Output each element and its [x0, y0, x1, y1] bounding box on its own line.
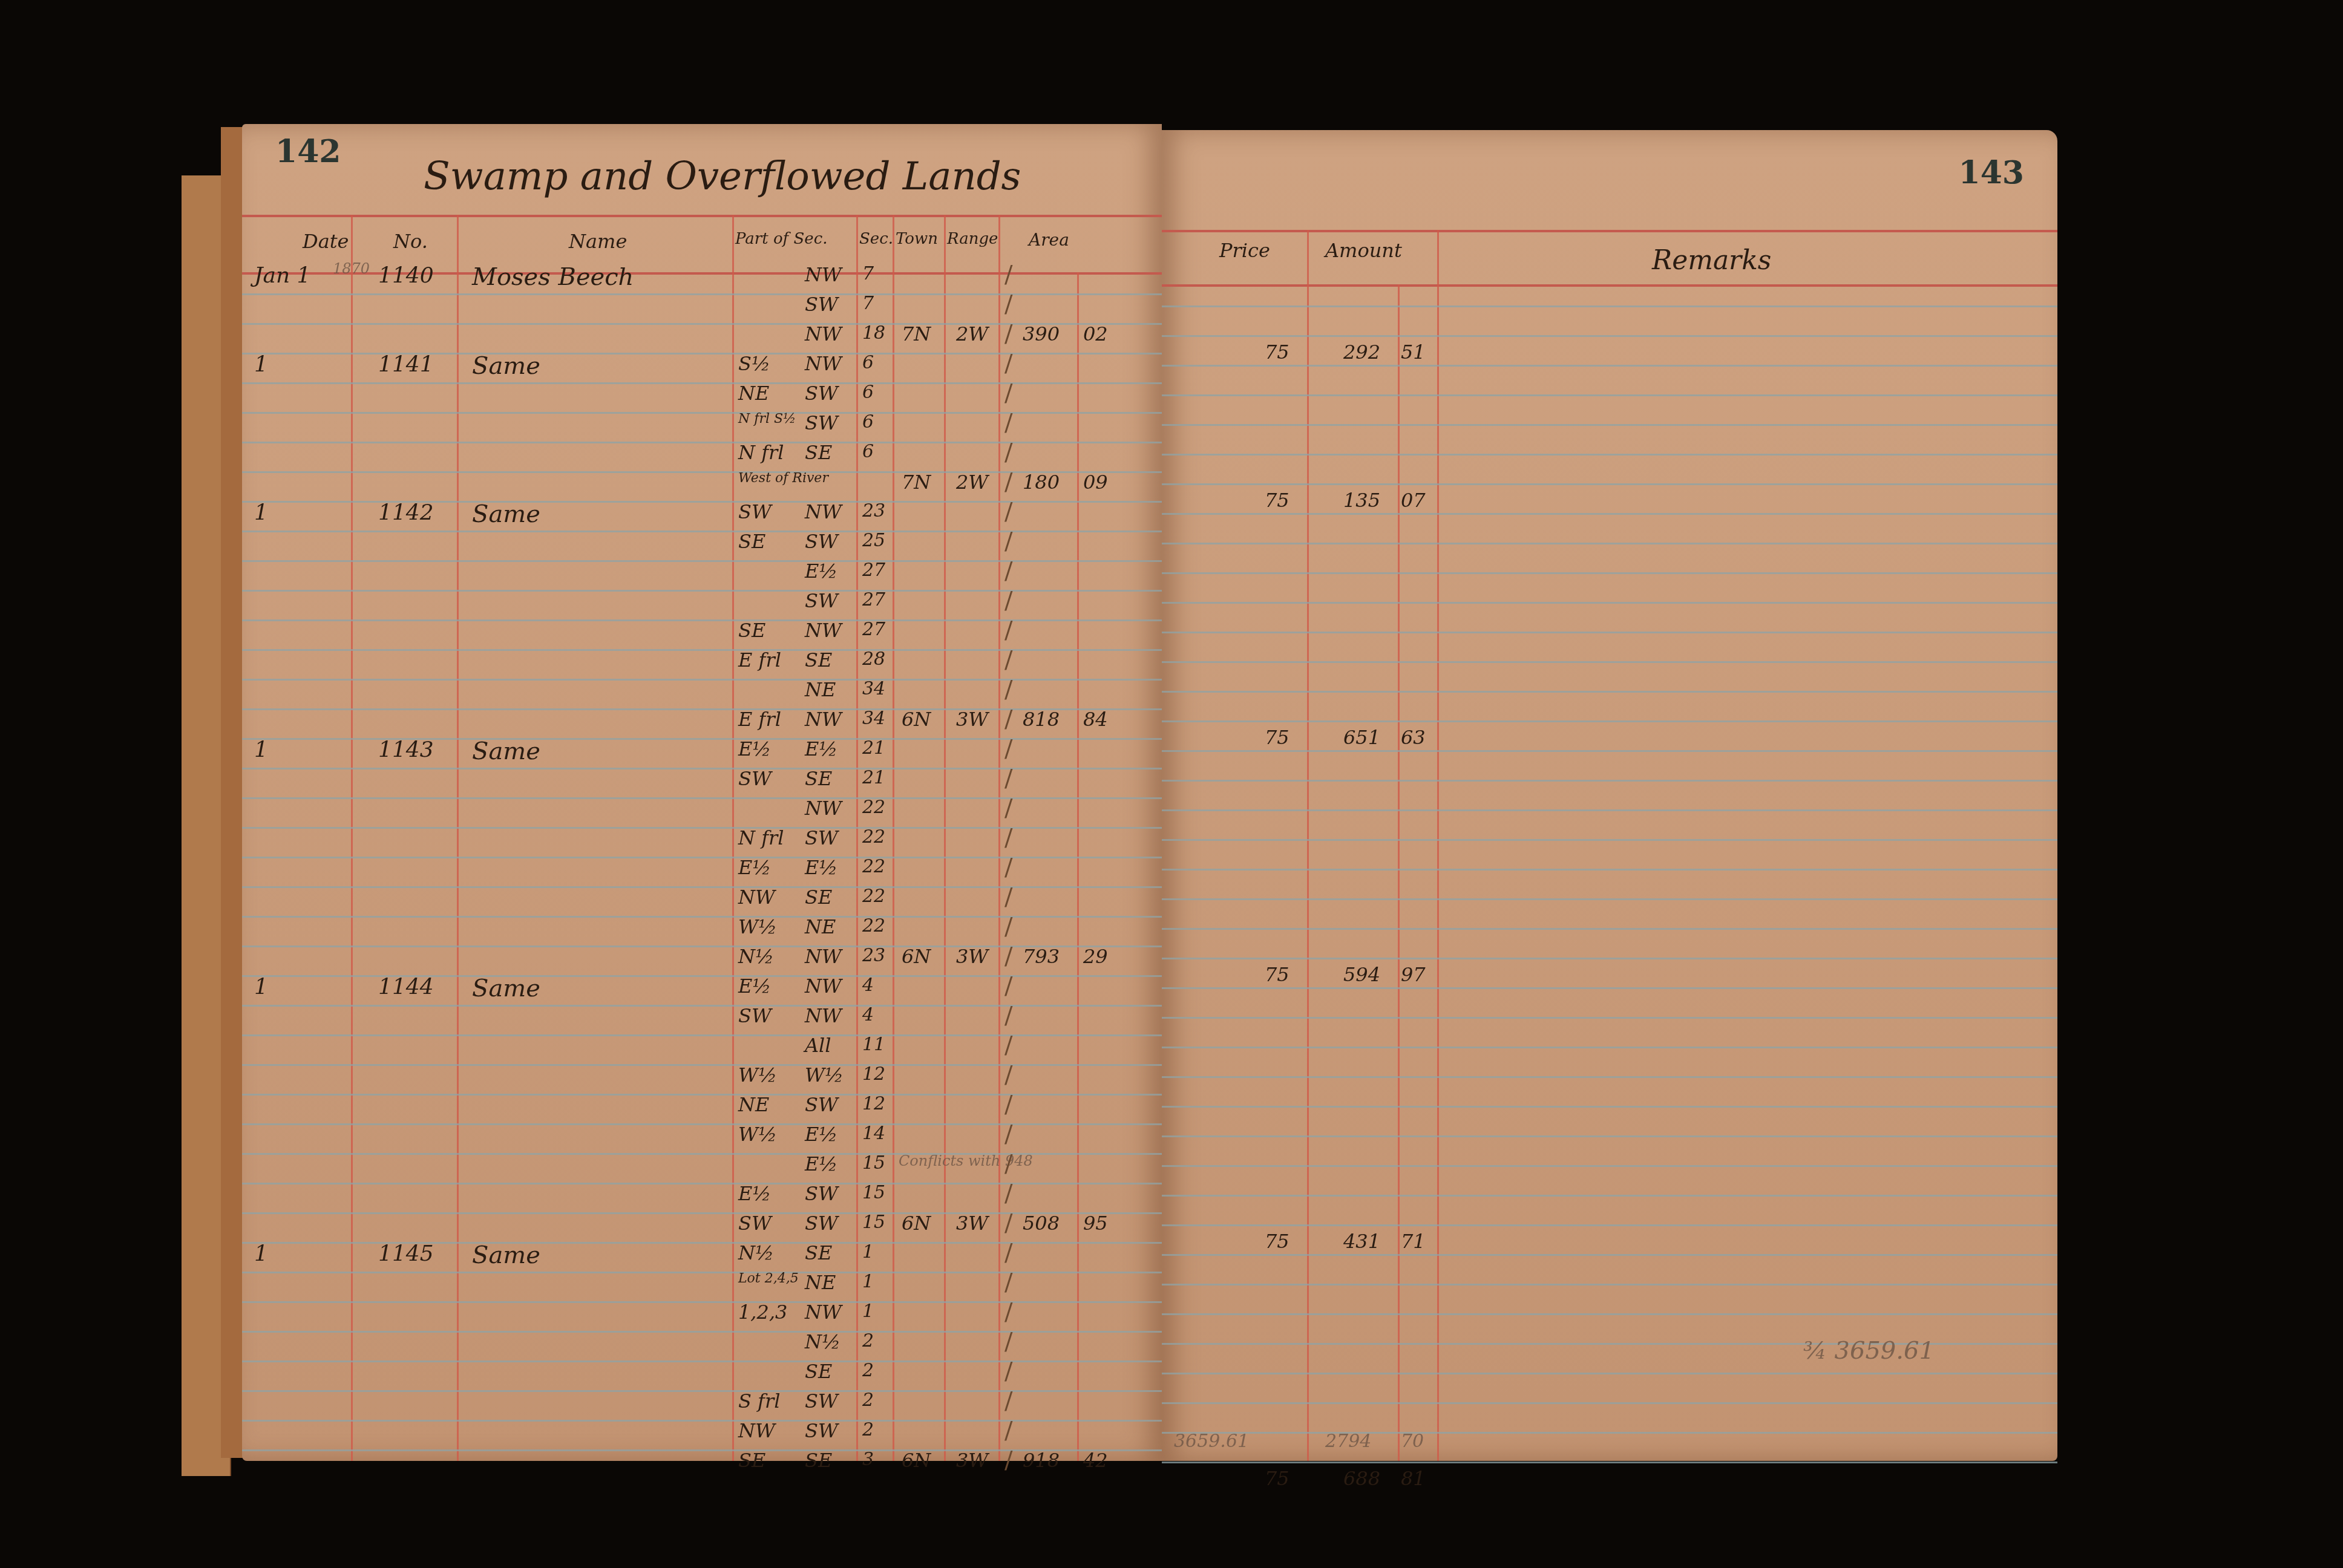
- entry-date: 1: [254, 1241, 268, 1266]
- section-number: 15: [862, 1182, 885, 1203]
- part-of-section: N frl: [738, 441, 784, 464]
- amount-cents: 71: [1401, 1230, 1426, 1253]
- price: 75: [1265, 1467, 1289, 1490]
- section-number: 6: [862, 352, 874, 373]
- check-mark: /: [1004, 409, 1012, 437]
- subdivision: SW: [805, 1212, 838, 1235]
- part-of-section: N½: [738, 945, 774, 968]
- ruled-line: [1162, 1402, 2057, 1404]
- part-of-section: SE: [738, 619, 765, 642]
- price: 75: [1265, 341, 1289, 364]
- ruled-line: [242, 382, 1162, 384]
- ruled-line: [242, 1123, 1162, 1125]
- ruled-line: [1162, 1224, 2057, 1226]
- section-number: 23: [862, 500, 885, 521]
- check-mark: /: [1004, 498, 1012, 526]
- section-number: 25: [862, 530, 885, 551]
- subdivision: SW: [805, 1419, 838, 1442]
- section-number: 6: [862, 441, 874, 462]
- township: 6N: [902, 708, 931, 731]
- area-acres: 390: [1023, 322, 1060, 345]
- subdivision: NW: [805, 1301, 842, 1324]
- section-number: 2: [862, 1360, 874, 1381]
- col-rule: [1437, 230, 1439, 1461]
- part-of-section: NW: [738, 1419, 775, 1442]
- entry-date: 1: [254, 737, 268, 762]
- subdivision: NW: [805, 1004, 842, 1027]
- section-number: 22: [862, 826, 885, 848]
- subdivision: SW: [805, 382, 838, 405]
- subdivision: All: [805, 1034, 831, 1057]
- area-acres: 508: [1023, 1212, 1060, 1235]
- subdivision: NW: [805, 708, 842, 731]
- ruled-line: [242, 1272, 1162, 1273]
- ruled-line: [1162, 720, 2057, 722]
- section-number: 27: [862, 619, 885, 640]
- township: 6N: [902, 1449, 931, 1472]
- ruled-line: [1162, 365, 2057, 367]
- subdivision: SE: [805, 1449, 832, 1472]
- header-town: Town: [896, 230, 938, 248]
- section-number: 12: [862, 1093, 885, 1114]
- ruled-line: [242, 886, 1162, 888]
- area-fraction: 42: [1083, 1449, 1108, 1472]
- entry-number: 1142: [378, 500, 434, 525]
- ruled-line: [242, 857, 1162, 858]
- header-amount: Amount: [1325, 239, 1402, 262]
- section-number: 2: [862, 1330, 874, 1351]
- check-mark: /: [1004, 261, 1012, 289]
- check-mark: /: [1004, 1328, 1012, 1356]
- subdivision: SW: [805, 1093, 838, 1116]
- entry-number: 1144: [378, 975, 434, 999]
- page-number-left: 142: [275, 133, 341, 170]
- part-of-section: SW: [738, 500, 772, 523]
- section-number: 22: [862, 915, 885, 936]
- ruled-line: [1162, 1254, 2057, 1256]
- entry-date: Jan 1: [254, 263, 310, 288]
- area-fraction: 95: [1083, 1212, 1108, 1235]
- subdivision: W½: [805, 1063, 844, 1086]
- section-number: 22: [862, 886, 885, 907]
- ruled-line: [1162, 1432, 2057, 1434]
- part-of-section: W½: [738, 915, 777, 938]
- part-of-section: NW: [738, 886, 775, 909]
- total-amount: 2794: [1325, 1431, 1371, 1452]
- range: 3W: [956, 1449, 988, 1472]
- subdivision: SW: [805, 293, 838, 316]
- subdivision: SE: [805, 886, 832, 909]
- part-of-section: E½: [738, 1182, 771, 1205]
- ruled-line: [242, 1183, 1162, 1184]
- check-mark: /: [1004, 1031, 1012, 1059]
- price: 75: [1265, 489, 1289, 512]
- ruled-line: [1162, 1165, 2057, 1167]
- ruled-line: [1162, 483, 2057, 485]
- col-rule: [351, 215, 353, 1461]
- entry-name: Same: [472, 500, 540, 528]
- subdivision: NW: [805, 322, 842, 345]
- ruled-line: [242, 1331, 1162, 1333]
- section-number: 2: [862, 1390, 874, 1411]
- check-mark: /: [1004, 528, 1012, 555]
- subdivision: NE: [805, 678, 836, 701]
- area-fraction: 29: [1083, 945, 1108, 968]
- subdivision: NW: [805, 619, 842, 642]
- total-amount-cents: 70: [1401, 1431, 1424, 1452]
- section-number: 34: [862, 708, 885, 729]
- subdivision: SW: [805, 589, 838, 612]
- check-mark: /: [1004, 705, 1012, 733]
- col-rule: [732, 215, 734, 1461]
- part-of-section: E½: [738, 856, 771, 879]
- township: 7N: [902, 322, 931, 345]
- check-mark: /: [1004, 290, 1012, 318]
- amount-dollars: 292: [1343, 341, 1380, 364]
- amount-dollars: 431: [1343, 1230, 1380, 1253]
- col-rule: [944, 215, 946, 1461]
- ruled-line: [1162, 394, 2057, 396]
- subdivision: SW: [805, 530, 838, 553]
- col-rule: [893, 215, 894, 1461]
- ruled-line: [1162, 1135, 2057, 1137]
- subdivision: SE: [805, 1360, 832, 1383]
- amount-dollars: 651: [1343, 726, 1380, 749]
- check-mark: /: [1004, 1269, 1012, 1296]
- ruled-line: [242, 768, 1162, 769]
- amount-cents: 63: [1401, 726, 1426, 749]
- ruled-line: [242, 1094, 1162, 1096]
- check-mark: /: [1004, 972, 1012, 1000]
- check-mark: /: [1004, 824, 1012, 852]
- part-of-section: W½: [738, 1123, 777, 1146]
- subdivision: E½: [805, 737, 837, 760]
- range: 3W: [956, 945, 988, 968]
- ruled-line: [1162, 1313, 2057, 1315]
- ruled-line: [1162, 1462, 2057, 1463]
- total-area: 3659.61: [1174, 1431, 1249, 1452]
- header-price: Price: [1219, 239, 1270, 262]
- section-number: 14: [862, 1123, 885, 1144]
- section-number: 12: [862, 1063, 885, 1085]
- subdivision: NW: [805, 797, 842, 820]
- section-number: 2: [862, 1419, 874, 1440]
- check-mark: /: [1004, 646, 1012, 674]
- check-mark: /: [1004, 1446, 1012, 1474]
- subdivision: E½: [805, 560, 837, 583]
- check-mark: /: [1004, 1002, 1012, 1030]
- ruled-line: [242, 293, 1162, 295]
- amount-dollars: 135: [1343, 489, 1380, 512]
- part-of-section: E½: [738, 737, 771, 760]
- ruled-line: [242, 916, 1162, 918]
- subdivision: NW: [805, 975, 842, 998]
- ruled-line: [1162, 869, 2057, 871]
- check-mark: /: [1004, 379, 1012, 407]
- section-number: 1: [862, 1271, 874, 1292]
- part-of-section: W½: [738, 1063, 777, 1086]
- entry-name: Same: [472, 1241, 540, 1269]
- subdivision: N½: [805, 1330, 841, 1353]
- check-mark: /: [1004, 676, 1012, 704]
- entry-name: Same: [472, 352, 540, 380]
- col-rule: [1307, 230, 1309, 1461]
- check-mark: /: [1004, 1357, 1012, 1385]
- part-of-section: E frl: [738, 648, 781, 671]
- ruled-line: [242, 797, 1162, 799]
- ruled-line: [1162, 691, 2057, 693]
- area-fraction: 02: [1083, 322, 1108, 345]
- range: 3W: [956, 1212, 988, 1235]
- ruled-line: [242, 1361, 1162, 1362]
- check-mark: /: [1004, 1120, 1012, 1148]
- conflict-note: Conflicts with 948: [899, 1152, 1033, 1169]
- section-number: 1: [862, 1301, 874, 1322]
- ruled-line: [1162, 454, 2057, 456]
- section-number: 28: [862, 648, 885, 670]
- check-mark: /: [1004, 1387, 1012, 1415]
- subdivision: NE: [805, 1271, 836, 1294]
- check-mark: /: [1004, 320, 1012, 348]
- entry-number: 1140: [378, 263, 434, 288]
- ruled-line: [242, 619, 1162, 621]
- header-no: No.: [393, 230, 428, 253]
- subdivision: SE: [805, 648, 832, 671]
- check-mark: /: [1004, 913, 1012, 941]
- subdivision: NW: [805, 500, 842, 523]
- section-number: 6: [862, 382, 874, 403]
- check-mark: /: [1004, 557, 1012, 585]
- part-of-section: N frl: [738, 826, 784, 849]
- area-acres: 818: [1023, 708, 1060, 731]
- header-rule-top: [242, 215, 1162, 217]
- ruled-line: [242, 1034, 1162, 1036]
- check-mark: /: [1004, 1298, 1012, 1326]
- ledger-page-left: 142 Swamp and Overflowed Lands Date No. …: [242, 124, 1162, 1461]
- part-of-section: E½: [738, 975, 771, 998]
- ruled-line: [242, 531, 1162, 532]
- section-number: 15: [862, 1152, 885, 1174]
- check-mark: /: [1004, 942, 1012, 970]
- part-of-section: NE: [738, 382, 769, 405]
- check-mark: /: [1004, 735, 1012, 763]
- ruled-line: [242, 442, 1162, 443]
- ruled-line: [242, 1064, 1162, 1066]
- subdivision: SW: [805, 1182, 838, 1205]
- ruled-line: [1162, 958, 2057, 959]
- entry-date: 1: [254, 352, 268, 377]
- entry-name: Same: [472, 737, 540, 765]
- check-mark: /: [1004, 468, 1012, 496]
- ruled-line: [1162, 1017, 2057, 1019]
- subdivision: SW: [805, 826, 838, 849]
- check-mark: /: [1004, 1180, 1012, 1207]
- part-of-section: SW: [738, 1004, 772, 1027]
- ruled-line: [1162, 809, 2057, 811]
- area-fraction: 09: [1083, 471, 1108, 494]
- amount-cents: 81: [1401, 1467, 1426, 1490]
- price: 75: [1265, 726, 1289, 749]
- ruled-line: [1162, 632, 2057, 633]
- check-mark: /: [1004, 587, 1012, 615]
- subdivision: NW: [805, 352, 842, 375]
- ruled-line: [242, 1005, 1162, 1007]
- ruled-line: [1162, 513, 2057, 515]
- check-mark: /: [1004, 1061, 1012, 1089]
- check-mark: /: [1004, 854, 1012, 881]
- year-note: 1870: [333, 260, 370, 277]
- ruled-line: [1162, 305, 2057, 307]
- header-part-of-sec: Part of Sec.: [735, 230, 828, 248]
- header-name: Name: [569, 230, 627, 253]
- check-mark: /: [1004, 1417, 1012, 1445]
- subdivision: NE: [805, 915, 836, 938]
- ruled-line: [242, 827, 1162, 829]
- area-acres: 918: [1023, 1449, 1060, 1472]
- header-rule-bottom: [1162, 284, 2057, 287]
- entry-number: 1145: [378, 1241, 434, 1266]
- check-mark: /: [1004, 765, 1012, 792]
- ruled-line: [1162, 898, 2057, 900]
- check-mark: /: [1004, 794, 1012, 822]
- col-rule: [856, 215, 858, 1461]
- ruled-line: [242, 1301, 1162, 1303]
- section-number: 11: [862, 1034, 885, 1055]
- section-number: 4: [862, 1004, 874, 1025]
- ruled-line: [242, 1390, 1162, 1392]
- range: 3W: [956, 708, 988, 731]
- part-of-section: 1,2,3: [738, 1301, 787, 1324]
- part-of-section: SW: [738, 767, 772, 790]
- subdivision: E½: [805, 1152, 837, 1175]
- ruled-line: [1162, 750, 2057, 752]
- ruled-line: [1162, 1373, 2057, 1374]
- entry-name: Moses Beech: [472, 263, 634, 291]
- page-title: Swamp and Overflowed Lands: [424, 154, 1021, 199]
- subdivision: SE: [805, 1241, 832, 1264]
- col-rule: [457, 215, 459, 1461]
- header-remarks: Remarks: [1652, 245, 1771, 276]
- part-of-section: E frl: [738, 708, 781, 731]
- amount-cents: 07: [1401, 489, 1426, 512]
- entry-date: 1: [254, 975, 268, 999]
- area-acres: 793: [1023, 945, 1060, 968]
- page-number-right: 143: [1958, 154, 2024, 191]
- part-of-section: West of River: [738, 471, 828, 486]
- section-number: 34: [862, 678, 885, 699]
- entry-name: Same: [472, 975, 540, 1002]
- check-mark: /: [1004, 350, 1012, 377]
- section-number: 7: [862, 293, 874, 314]
- section-number: 7: [862, 263, 874, 284]
- ruled-line: [1162, 839, 2057, 841]
- part-of-section: S½: [738, 352, 770, 375]
- ruled-line: [242, 560, 1162, 562]
- subdivision: SE: [805, 767, 832, 790]
- ruled-line: [242, 1420, 1162, 1422]
- range: 2W: [956, 322, 988, 345]
- check-mark: /: [1004, 439, 1012, 466]
- ruled-line: [1162, 1284, 2057, 1285]
- ruled-line: [242, 412, 1162, 414]
- ruled-line: [1162, 1047, 2057, 1048]
- part-of-section: Lot 2,4,5: [738, 1271, 799, 1286]
- amount-dollars: 594: [1343, 963, 1380, 986]
- part-of-section: SE: [738, 1449, 765, 1472]
- price: 75: [1265, 1230, 1289, 1253]
- section-number: 3: [862, 1449, 874, 1470]
- part-of-section: SE: [738, 530, 765, 553]
- subdivision: SW: [805, 1390, 838, 1413]
- ruled-line: [242, 679, 1162, 681]
- township: 6N: [902, 945, 931, 968]
- check-mark: /: [1004, 1239, 1012, 1267]
- header-area: Area: [1029, 230, 1069, 250]
- col-rule: [998, 215, 1000, 1461]
- section-number: 22: [862, 856, 885, 877]
- check-mark: /: [1004, 616, 1012, 644]
- ruled-line: [242, 590, 1162, 592]
- ruled-line: [1162, 780, 2057, 782]
- subdivision: NW: [805, 263, 842, 286]
- township: 7N: [902, 471, 931, 494]
- check-mark: /: [1004, 1091, 1012, 1119]
- entry-number: 1143: [378, 737, 434, 762]
- header-range: Range: [947, 230, 998, 248]
- amount-dollars: 688: [1343, 1467, 1380, 1490]
- subdivision: E½: [805, 1123, 837, 1146]
- subdivision: SW: [805, 411, 838, 434]
- ruled-line: [1162, 335, 2057, 337]
- ledger-page-right: 143 Price Amount Remarks 752925175135077…: [1162, 130, 2057, 1461]
- part-of-section: N½: [738, 1241, 774, 1264]
- entry-number: 1141: [378, 352, 434, 377]
- section-number: 4: [862, 975, 874, 996]
- price: 75: [1265, 963, 1289, 986]
- check-mark: /: [1004, 1150, 1012, 1178]
- ruled-line: [1162, 1195, 2057, 1197]
- section-number: 23: [862, 945, 885, 966]
- part-of-section: NE: [738, 1093, 769, 1116]
- section-number: 21: [862, 767, 885, 788]
- subdivision: NW: [805, 945, 842, 968]
- header-sec: Sec.: [859, 230, 893, 248]
- ruled-line: [1162, 424, 2057, 426]
- ruled-line: [1162, 572, 2057, 574]
- township: 6N: [902, 1212, 931, 1235]
- section-number: 27: [862, 589, 885, 610]
- subdivision: E½: [805, 856, 837, 879]
- amount-cents: 97: [1401, 963, 1426, 986]
- ruled-line: [242, 649, 1162, 651]
- area-acres: 180: [1023, 471, 1060, 494]
- ruled-line: [1162, 543, 2057, 544]
- header-date: Date: [303, 230, 349, 253]
- check-mark: /: [1004, 883, 1012, 911]
- col-rule: [1077, 272, 1079, 1461]
- ruled-line: [1162, 661, 2057, 663]
- section-number: 18: [862, 322, 885, 344]
- ruled-line: [1162, 987, 2057, 989]
- subdivision: SE: [805, 441, 832, 464]
- section-number: 1: [862, 1241, 874, 1263]
- range: 2W: [956, 471, 988, 494]
- section-number: 21: [862, 737, 885, 759]
- ruled-line: [1162, 1106, 2057, 1108]
- section-number: 27: [862, 560, 885, 581]
- check-mark: /: [1004, 1209, 1012, 1237]
- area-fraction: 84: [1083, 708, 1108, 731]
